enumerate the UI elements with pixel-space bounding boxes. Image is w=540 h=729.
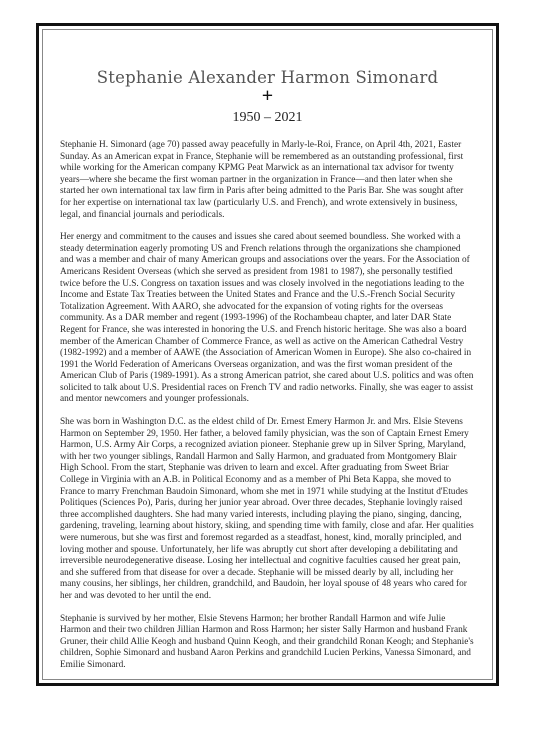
obituary-content: Stephanie Alexander Harmon Simonard + 19… [60,30,475,672]
paragraph-career: Stephanie H. Simonard (age 70) passed aw… [60,140,475,221]
paragraph-service: Her energy and commitment to the causes … [60,232,475,406]
cross-icon: + [60,88,475,104]
paragraph-life: She was born in Washington D.C. as the e… [60,417,475,603]
page-border-outer: Stephanie Alexander Harmon Simonard + 19… [36,23,499,686]
page-border-inner: Stephanie Alexander Harmon Simonard + 19… [42,29,493,680]
life-dates: 1950 – 2021 [60,108,475,128]
paragraph-survivors: Stephanie is survived by her mother, Els… [60,614,475,672]
